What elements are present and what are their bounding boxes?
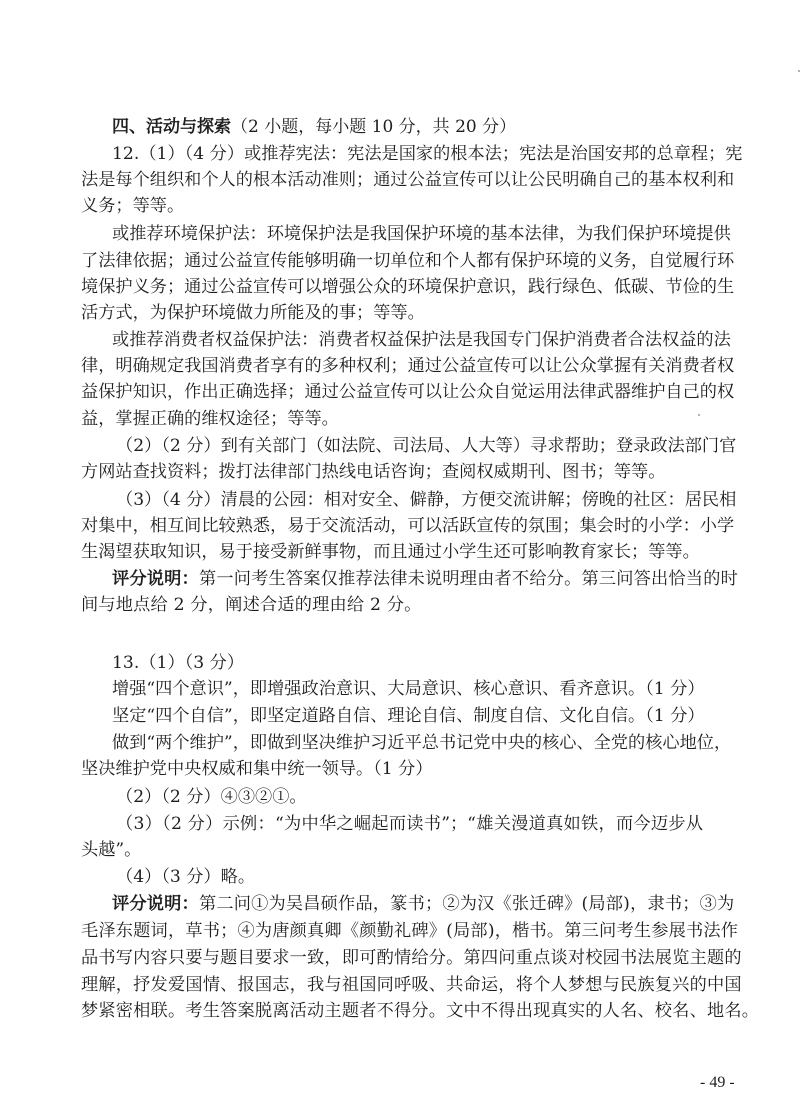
answer-key-page: 四、活动与探索（2 小题，每小题 10 分，共 20 分） 12.（1）（4 分… [0,0,800,1104]
section-title: 四、活动与探索 [112,117,231,137]
section-note: （2 小题，每小题 10 分，共 20 分） [231,117,516,137]
q12-part3-line: （3）（4 分）清晨的公园：相对安全、僻静，方便交流讲解；傍晚的社区：居民相 [116,489,703,511]
scan-speck [698,414,700,416]
q12-line: 义务；等等。 [81,195,703,217]
scoring-text: 第二问①为吴昌硕作品，篆书；②为汉《张迁碑》(局部)，隶书；③为 [199,894,734,914]
q13-part3-line: （3）（2 分）示例：“为中华之崛起而读书”；“雄关漫道真如铁，而今迈步从 [116,813,703,835]
q13-scoring-line: 理解，抒发爱国情、报国志，我与祖国同呼吸、共命运，将个人梦想与民族复兴的中国 [81,974,703,996]
q12-line: 境保护义务；通过公益宣传可以增强公众的环境保护意识，践行绿色、低碳、节俭的生 [81,276,703,298]
q12-line: 律，明确规定我国消费者享有的多种权利；通过公益宣传可以让公众掌握有关消费者权 [81,355,703,377]
q12-line: 12.（1）（4 分）或推荐宪法：宪法是国家的根本法；宪法是治国安邦的总章程；宪 [112,143,703,165]
page-number: - 49 - [700,1074,735,1092]
q13-part1-line: 增强“四个意识”，即增强政治意识、大局意识、核心意识、看齐意识。（1 分） [112,678,703,700]
q12-scoring-line: 间与地点给 2 分，阐述合适的理由给 2 分。 [81,594,703,616]
q12-part2-line: 方网站查找资料；拨打法律部门热线电话咨询；查阅权威期刊、图书；等等。 [81,461,703,483]
q12-line: 益保护知识，作出正确选择；通过公益宣传可以让公众自觉运用法律武器维护自己的权 [81,381,703,403]
q13-part3-line: 头越”。 [81,839,703,861]
q12-line: 活方式，为保护环境做力所能及的事；等等。 [81,302,703,324]
q12-part3-line: 对集中，相互间比较熟悉，易于交流活动，可以活跃宣传的氛围；集会时的小学：小学 [81,515,703,537]
scoring-text: 第一问考生答案仅推荐法律未说明理由者不给分。第三问答出恰当的时 [199,569,738,589]
q12-part3-line: 生渴望获取知识，易于接受新鲜事物，而且通过小学生还可影响教育家长；等等。 [81,541,703,563]
q13-part1-line: 做到“两个维护”，即做到坚决维护习近平总书记党中央的核心、全党的核心地位， [112,732,703,754]
q13-scoring-line: 评分说明：第二问①为吴昌硕作品，篆书；②为汉《张迁碑》(局部)，隶书；③为 [112,893,703,915]
q13-part1-header: 13.（1）（3 分） [112,652,703,674]
q13-part1-line: 坚决维护党中央权威和集中统一领导。（1 分） [81,758,703,780]
section-heading: 四、活动与探索（2 小题，每小题 10 分，共 20 分） [112,116,703,138]
q13-scoring-line: 梦紧密相联。考生答案脱离活动主题者不得分。文中不得出现真实的人名、校名、地名。 [81,1000,703,1022]
q12-line: 了法律依据；通过公益宣传能够明确一切单位和个人都有保护环境的义务，自觉履行环 [81,250,703,272]
q13-part4: （4）（3 分）略。 [116,866,703,888]
q13-part2: （2）（2 分）④③②①。 [116,786,703,808]
q12-scoring-line: 评分说明：第一问考生答案仅推荐法律未说明理由者不给分。第三问答出恰当的时 [112,568,703,590]
q12-line: 益，掌握正确的维权途径；等等。 [81,408,703,430]
q12-line: 法是每个组织和个人的根本活动准则；通过公益宣传可以让公民明确自己的基本权利和 [81,169,703,191]
q12-part2-line: （2）（2 分）到有关部门（如法院、司法局、人大等）寻求帮助；登录政法部门官 [116,435,703,457]
scoring-label: 评分说明： [112,894,199,914]
q12-line: 或推荐消费者权益保护法：消费者权益保护法是我国专门保护消费者合法权益的法 [112,329,703,351]
q13-scoring-line: 毛泽东题词，草书；④为唐颜真卿《颜勤礼碑》(局部)，楷书。第三问考生参展书法作 [81,920,703,942]
scoring-label: 评分说明： [112,569,199,589]
q12-line: 或推荐环境保护法：环境保护法是我国保护环境的基本法律，为我们保护环境提供 [112,223,703,245]
q13-scoring-line: 品书写内容只要与题目要求一致，即可酌情给分。第四问重点谈对校园书法展览主题的 [81,947,703,969]
q13-part1-line: 坚定“四个自信”，即坚定道路自信、理论自信、制度自信、文化自信。（1 分） [112,705,703,727]
